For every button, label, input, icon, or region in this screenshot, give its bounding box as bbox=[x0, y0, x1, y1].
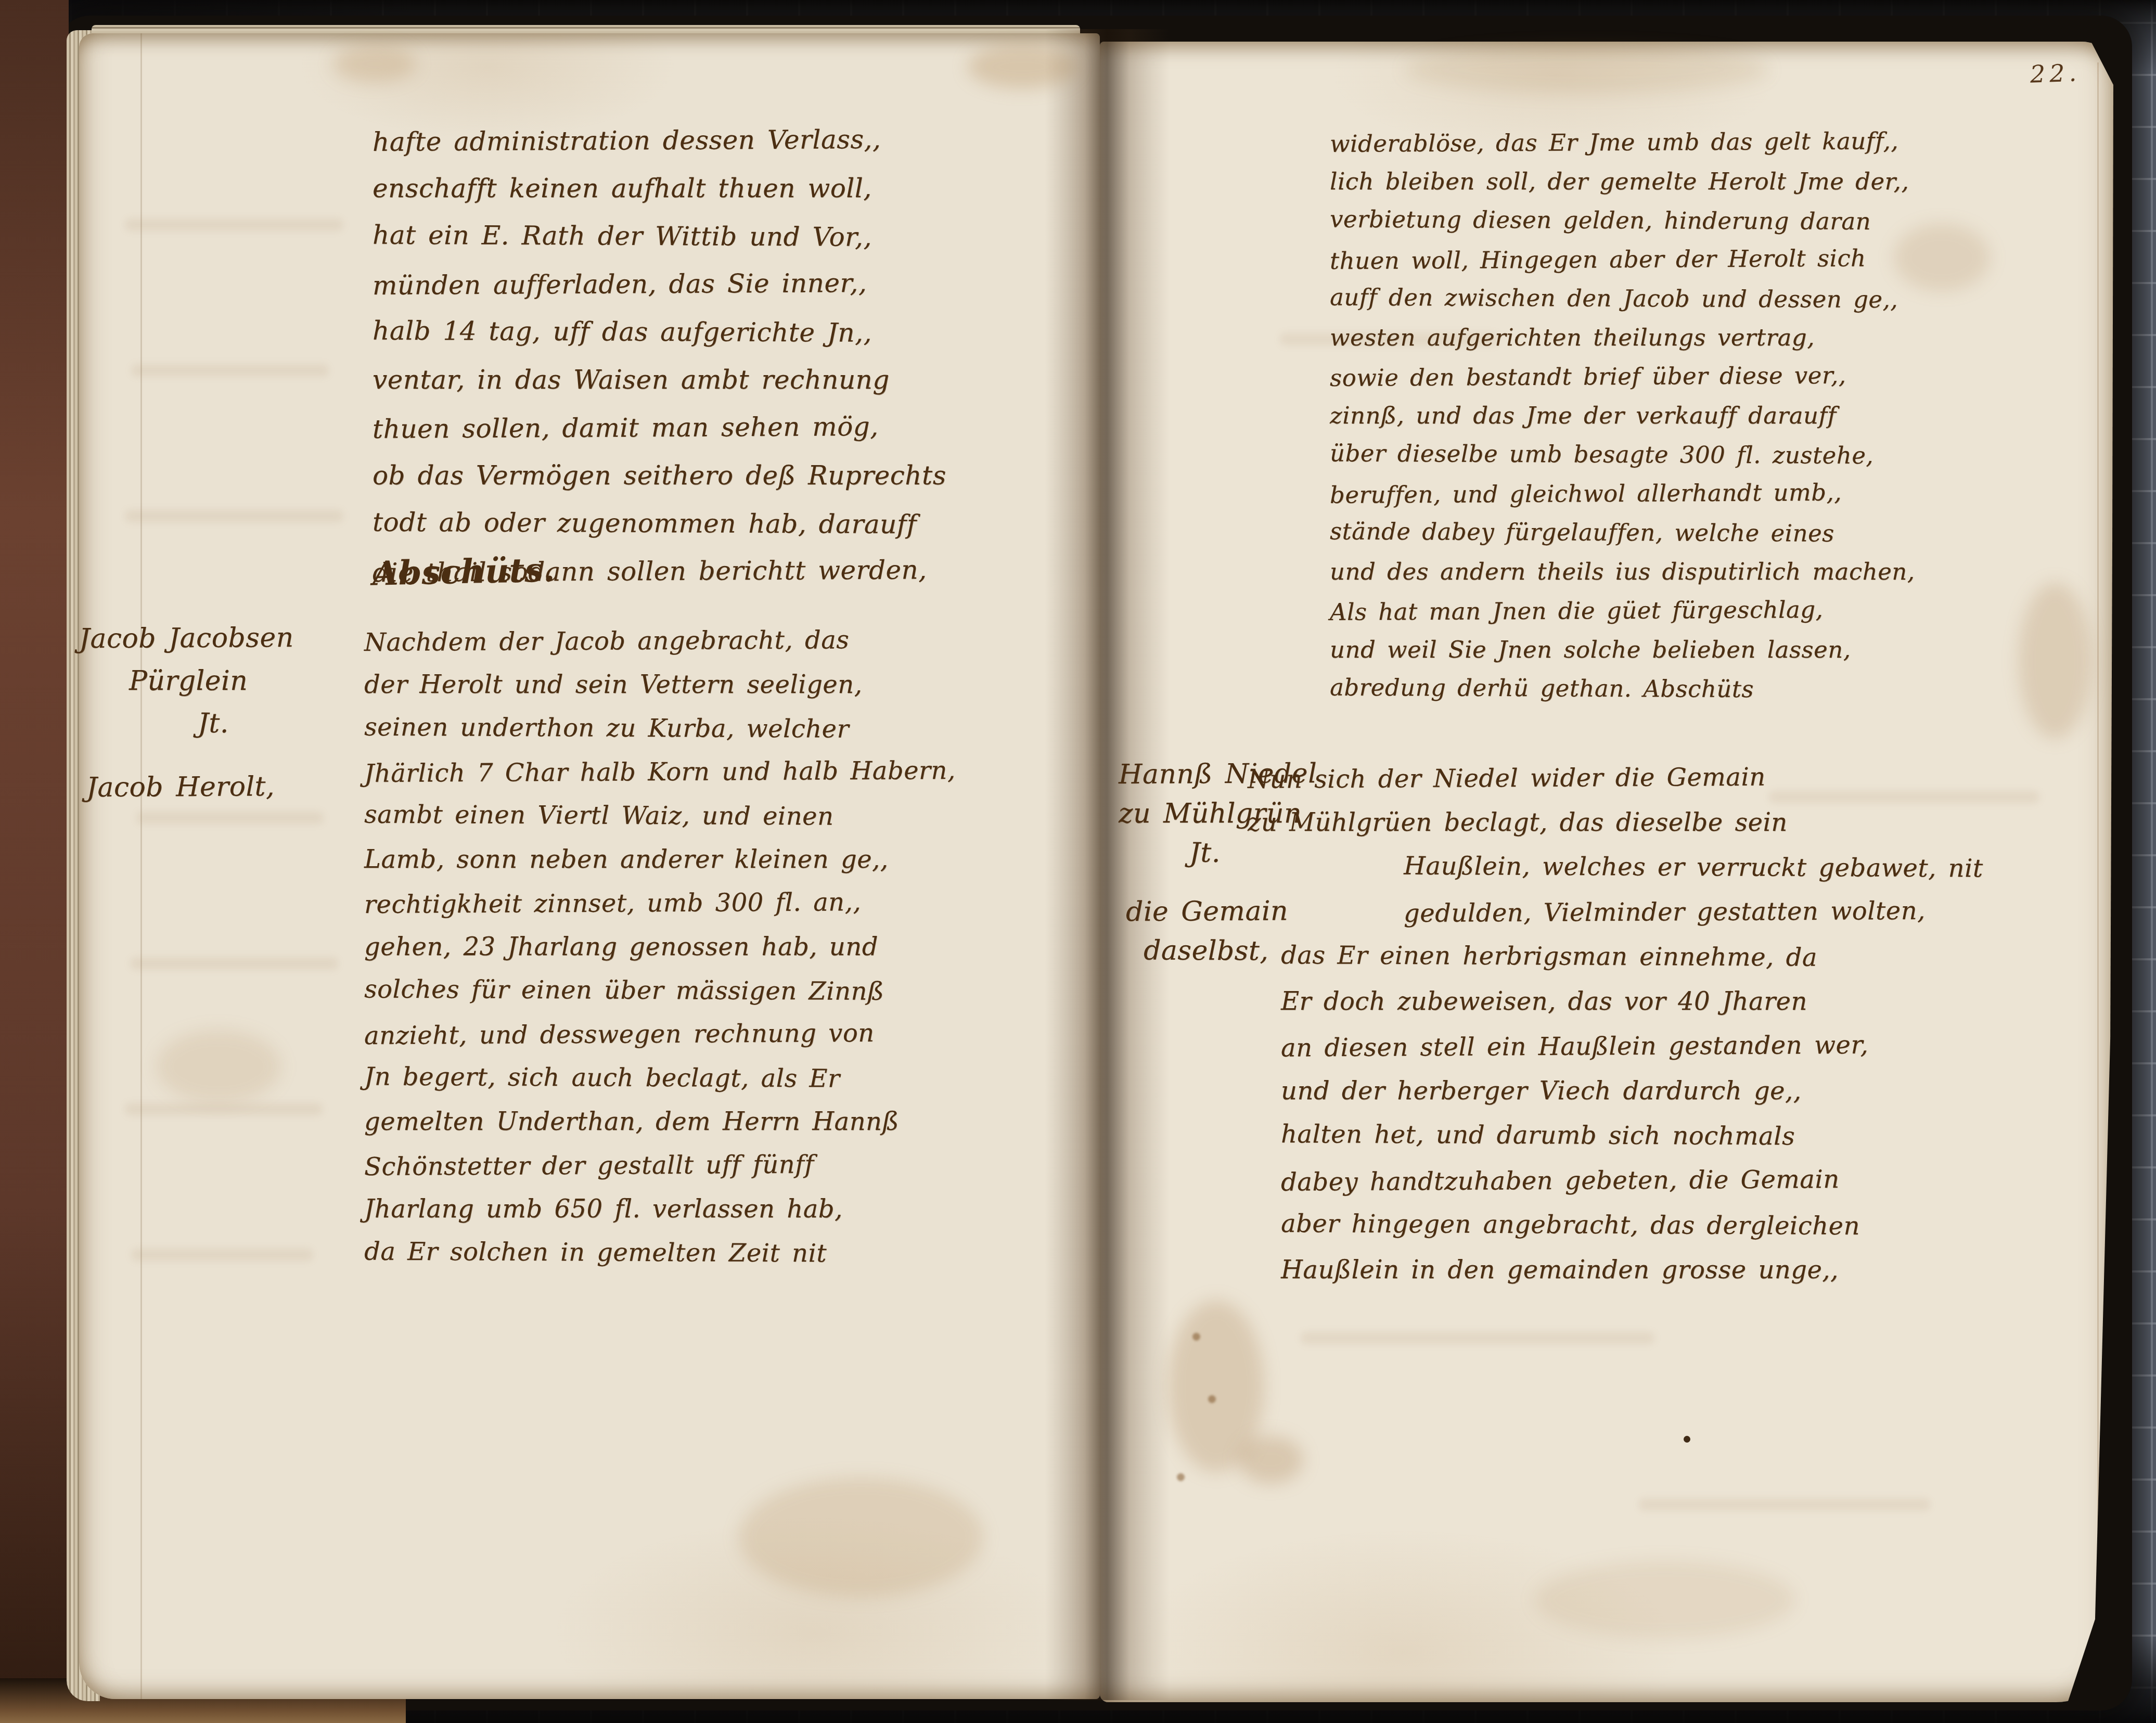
margin-note-line: Jacob Jacobsen bbox=[79, 616, 294, 660]
manuscript-line: gemelten Underthan, dem Herrn Hannß bbox=[364, 1100, 956, 1143]
right-page-entry-1-text: widerablöse, das Er Jme umb das gelt kau… bbox=[1330, 123, 1915, 708]
ink-bleed-through bbox=[125, 510, 343, 522]
manuscript-line: seinen underthon zu Kurba, welcher bbox=[364, 705, 956, 752]
manuscript-line: und weil Sie Jnen solche belieben lassen… bbox=[1330, 630, 1915, 669]
manuscript-line: Er doch zubeweisen, das vor 40 Jharen bbox=[1281, 979, 1983, 1024]
manuscript-line: an diesen stell ein Haußlein gestanden w… bbox=[1281, 1022, 1983, 1070]
left-page-entry-2-text: Nachdem der Jacob angebracht, dasder Her… bbox=[364, 619, 956, 1275]
manuscript-line: anzieht, und desswegen rechnung von bbox=[364, 1011, 956, 1058]
foxing-speck bbox=[1192, 1333, 1200, 1341]
left-page-margin-note: Jacob JacobsenPürgleinJt.Jacob Herolt, bbox=[79, 617, 294, 808]
paper-stain bbox=[1238, 1436, 1303, 1484]
paper-stain bbox=[156, 1030, 281, 1103]
ink-bleed-through bbox=[125, 1103, 323, 1115]
manuscript-line: widerablöse, das Er Jme umb das gelt kau… bbox=[1330, 121, 1915, 163]
paper-stain bbox=[1535, 1561, 1795, 1639]
manuscript-line: zu Mühlgrüen beclagt, das dieselbe sein bbox=[1248, 800, 1983, 845]
manuscript-line: zinnß, und das Jme der verkauff darauff bbox=[1330, 396, 1915, 435]
manuscript-line: todt ab oder zugenommen hab, darauff bbox=[373, 498, 946, 549]
page-number: 22. bbox=[2030, 58, 2081, 88]
manuscript-line: ob das Vermögen seithero deß Ruprechts bbox=[373, 452, 946, 499]
margin-note-line: Jt. bbox=[198, 702, 294, 745]
manuscript-line: sambt einen Viertl Waiz, und einen bbox=[364, 793, 956, 839]
leather-cover-left bbox=[0, 0, 69, 1723]
right-page-entry-2-text: Nun sich der Niedel wider die Gemainzu M… bbox=[1248, 755, 1983, 1292]
manuscript-line: verbietung diesen gelden, hinderung dara… bbox=[1330, 200, 1915, 241]
manuscript-line: thuen sollen, damit man sehen mög, bbox=[373, 402, 946, 453]
ink-bleed-through bbox=[130, 957, 338, 970]
manuscript-line: und des andern theils ius disputirlich m… bbox=[1330, 552, 1915, 591]
manuscript-line: sowie den bestandt brief über diese ver,… bbox=[1330, 355, 1915, 397]
left-page-entry-1-text: hafte administration dessen Verlass,,ens… bbox=[373, 117, 946, 595]
ink-bleed-through bbox=[131, 1249, 313, 1261]
manuscript-line: da Er solchen in gemelten Zeit nit bbox=[364, 1230, 956, 1276]
manuscript-line: rechtigkheit zinnset, umb 300 fl. an,, bbox=[364, 880, 956, 927]
manuscript-line: lich bleiben soll, der gemelte Herolt Jm… bbox=[1330, 162, 1915, 201]
manuscript-line: münden aufferladen, das Sie inner,, bbox=[373, 259, 946, 310]
manuscript-line: hafte administration dessen Verlass,, bbox=[373, 115, 946, 166]
ink-dot bbox=[1684, 1436, 1690, 1443]
manuscript-line: stände dabey fürgelauffen, welche eines bbox=[1330, 512, 1915, 554]
manuscript-line: halb 14 tag, uff das aufgerichte Jn,, bbox=[373, 307, 946, 357]
paper-stain bbox=[2019, 583, 2091, 739]
manuscript-line: Als hat man Jnen die güet fürgeschlag, bbox=[1330, 589, 1915, 632]
manuscript-line: westen aufgerichten theilungs vertrag, bbox=[1330, 318, 1915, 357]
manuscript-line: dabey handtzuhaben gebeten, die Gemain bbox=[1281, 1156, 1983, 1204]
ink-bleed-through bbox=[125, 218, 343, 231]
manuscript-line: auff den zwischen den Jacob und dessen g… bbox=[1330, 278, 1915, 319]
margin-note-line: Pürglein bbox=[129, 660, 294, 702]
manuscript-line: aber hingegen angebracht, das dergleiche… bbox=[1281, 1201, 1983, 1249]
manuscript-line: Jn begert, sich auch beclagt, als Er bbox=[364, 1055, 956, 1101]
manuscript-line: gedulden, Vielminder gestatten wolten, bbox=[1404, 888, 1983, 936]
manuscript-line: Schönstetter der gestallt uff fünff bbox=[364, 1142, 956, 1189]
manuscript-line: abredung derhü gethan. Abschüts bbox=[1330, 668, 1915, 710]
ink-bleed-through bbox=[1301, 1332, 1654, 1344]
manuscript-line: ventar, in das Waisen ambt rechnung bbox=[373, 356, 946, 404]
ink-bleed-through bbox=[131, 364, 329, 377]
ink-bleed-through bbox=[136, 812, 324, 824]
manuscript-line: über dieselbe umb besagte 300 fl. zusteh… bbox=[1330, 434, 1915, 475]
manuscript-line: beruffen, und gleichwol allerhandt umb,, bbox=[1330, 472, 1915, 515]
left-page-entry-1-closing: Abschüts. bbox=[372, 550, 555, 593]
manuscript-line: der Herolt und sein Vettern seeligen, bbox=[364, 663, 956, 706]
manuscript-line: das Er einen herbrigsman einnehme, da bbox=[1281, 933, 1983, 981]
paper-stain bbox=[333, 46, 416, 82]
manuscript-line: Nun sich der Niedel wider die Gemain bbox=[1248, 753, 1983, 802]
paper-stain bbox=[1405, 46, 1769, 94]
manuscript-line: und der herberger Viech dardurch ge,, bbox=[1281, 1069, 1983, 1113]
manuscript-line: thuen woll, Hingegen aber der Herolt sic… bbox=[1330, 238, 1915, 280]
foxing-speck bbox=[1208, 1395, 1216, 1403]
manuscript-line: Lamb, sonn neben anderer kleinen ge,, bbox=[364, 838, 956, 881]
manuscript-line: Jharlang umb 650 fl. verlassen hab, bbox=[364, 1187, 956, 1231]
manuscript-line: Haußlein, welches er verruckt gebawet, n… bbox=[1404, 844, 1983, 891]
foxing-speck bbox=[1177, 1473, 1185, 1481]
ink-bleed-through bbox=[1639, 1498, 1930, 1511]
margin-note-line: Jacob Herolt, bbox=[86, 765, 294, 809]
manuscript-line: Nachdem der Jacob angebracht, das bbox=[364, 618, 956, 664]
manuscript-line: Jhärlich 7 Char halb Korn und halb Haber… bbox=[364, 749, 956, 795]
paper-stain bbox=[968, 45, 1077, 88]
manuscript-photo: hafte administration dessen Verlass,,ens… bbox=[0, 0, 2156, 1723]
paper-stain bbox=[739, 1477, 983, 1597]
manuscript-line: gehen, 23 Jharlang genossen hab, und bbox=[364, 925, 956, 969]
manuscript-line: halten het, und darumb sich nochmals bbox=[1281, 1112, 1983, 1160]
manuscript-line: hat ein E. Rath der Wittib und Vor,, bbox=[373, 211, 946, 262]
manuscript-line: solches für einen über mässigen Zinnß bbox=[364, 968, 956, 1014]
manuscript-line: enschafft keinen aufhalt thuen woll, bbox=[373, 164, 946, 212]
manuscript-line: Haußlein in den gemainden grosse unge,, bbox=[1281, 1248, 1983, 1292]
